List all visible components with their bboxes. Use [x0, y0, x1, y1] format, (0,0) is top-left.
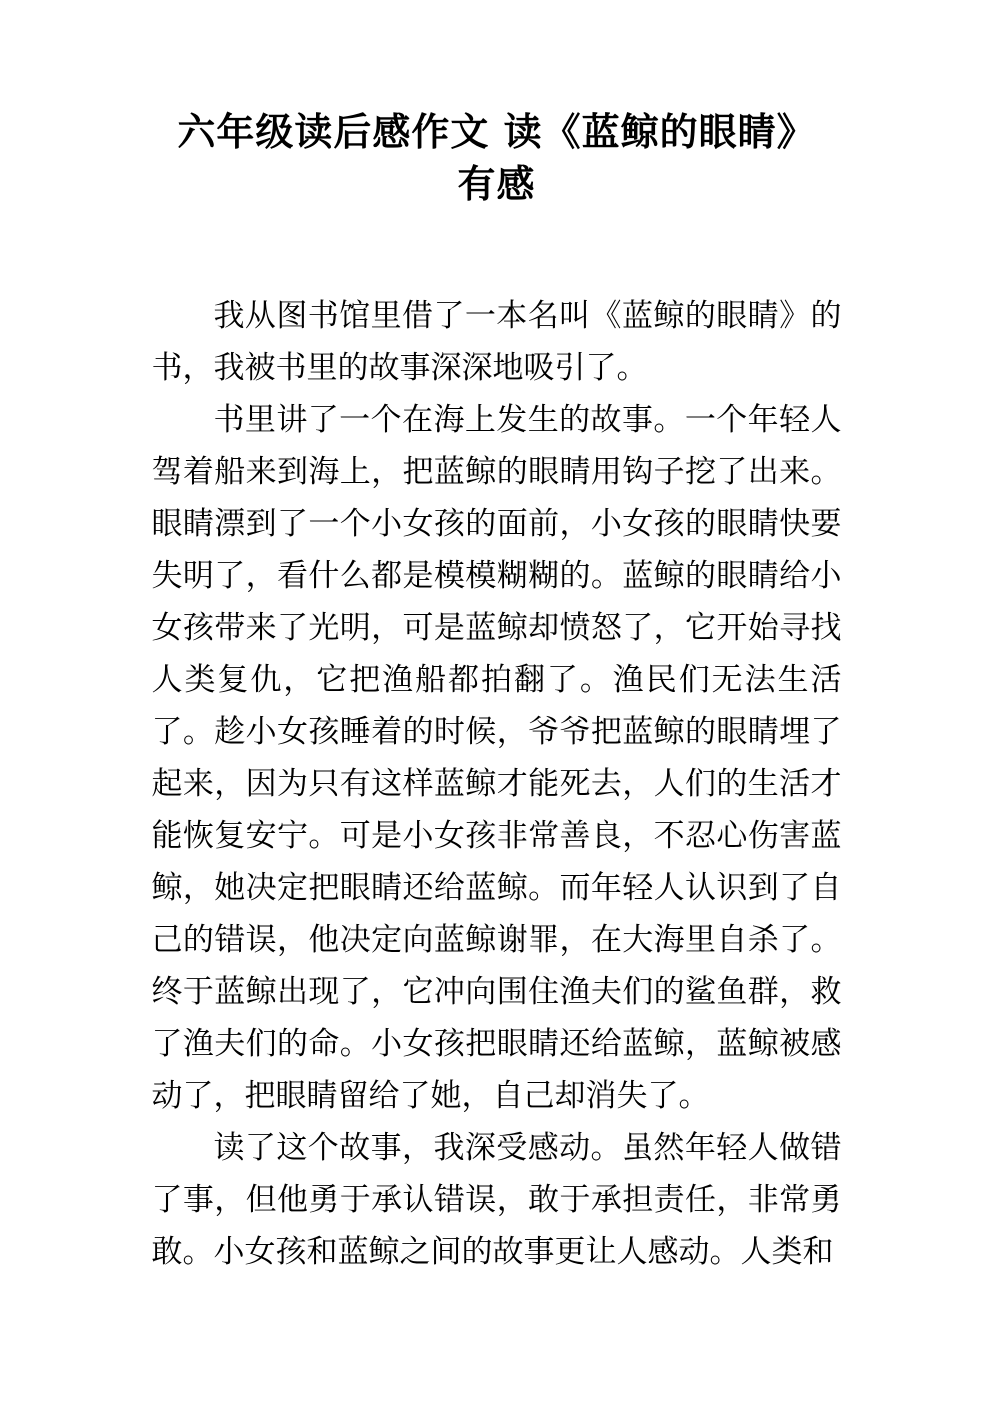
document-body: 我从图书馆里借了一本名叫《蓝鲸的眼睛》的书，我被书里的故事深深地吸引了。 书里讲… [152, 290, 842, 1278]
paragraph-story-summary: 书里讲了一个在海上发生的故事。一个年轻人驾着船来到海上，把蓝鲸的眼睛用钩子挖了出… [152, 394, 842, 1122]
document-title: 六年级读后感作文 读《蓝鲸的眼睛》有感 [172, 106, 822, 210]
document-page: 六年级读后感作文 读《蓝鲸的眼睛》有感 我从图书馆里借了一本名叫《蓝鲸的眼睛》的… [0, 0, 993, 1404]
paragraph-reflection: 读了这个故事，我深受感动。虽然年轻人做错了事，但他勇于承认错误，敢于承担责任，非… [152, 1122, 842, 1278]
paragraph-intro: 我从图书馆里借了一本名叫《蓝鲸的眼睛》的书，我被书里的故事深深地吸引了。 [152, 290, 842, 394]
